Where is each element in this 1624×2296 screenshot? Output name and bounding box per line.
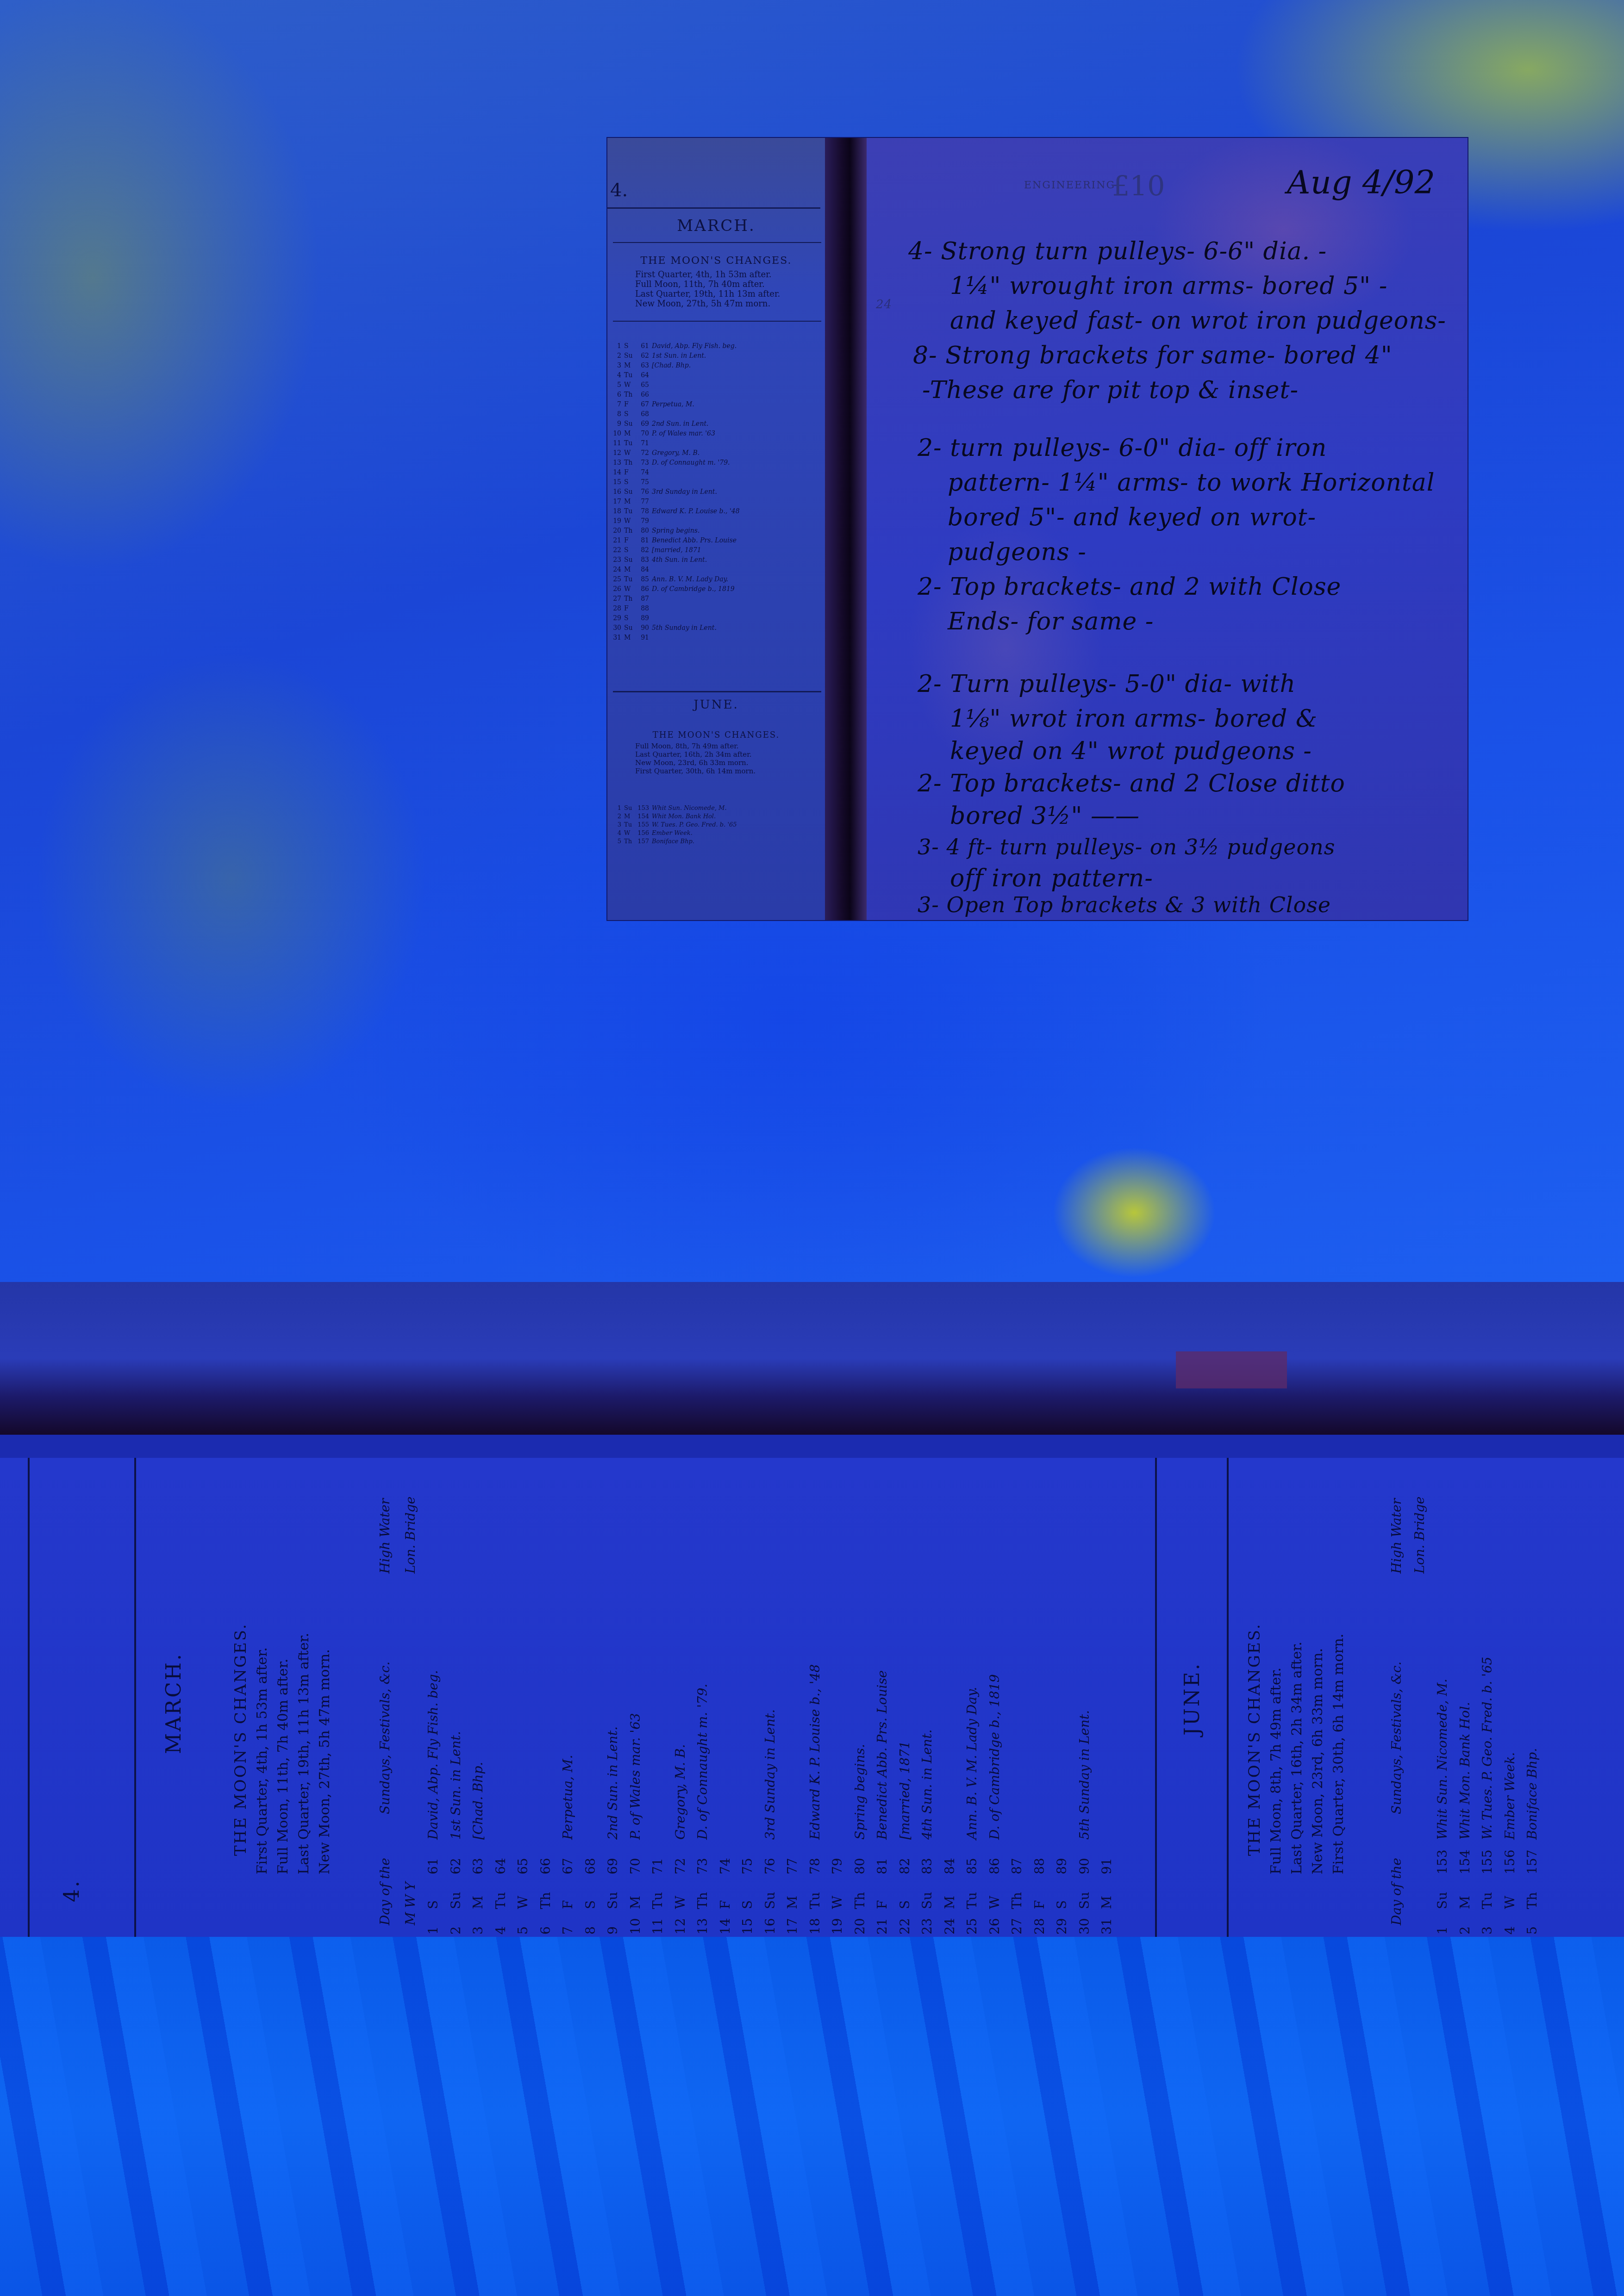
day-of-month: 23 [920,1918,935,1935]
day-of-month: 5 [516,1926,531,1935]
moon-line: First Quarter, 4th, 1h 53m after. [635,270,780,280]
day-of-month: 9 [606,1926,620,1935]
weekday: M [624,565,634,575]
weekday: Tu [624,371,634,380]
day-of-year: 84 [943,1858,957,1874]
handwritten-line: bored 5"- and keyed on wrot- [948,504,1316,531]
day-of-year: 64 [637,371,649,380]
table-row: 3M63[Chad. Bhp. [611,361,749,371]
page-number: 4. [60,1879,84,1902]
day-of-year: 63 [637,361,649,371]
day-of-month: 5 [611,380,621,390]
day-of-month: 17 [611,497,621,507]
day-of-month: 3 [1480,1926,1495,1935]
column-head-london-bridge: Lon. Bridge [403,1496,418,1574]
moon-line: New Moon, 27th, 5h 47m morn. [317,1649,333,1874]
weekday: S [740,1900,755,1909]
handwritten-notes-page: ENGINEERING £10 Aug 4/92 24 4- Strong tu… [867,138,1468,920]
festival: 1st Sun. in Lent. [652,351,749,361]
day-of-year: 155 [1480,1850,1495,1874]
day-of-year: 91 [637,633,649,643]
weekday: W [624,829,634,838]
month-title-june: JUNE. [1181,1662,1204,1736]
column-head-festivals: Sundays, Festivals, &c. [377,1661,393,1814]
table-row: 18Tu78Edward K. P. Louise b., '48 [611,507,749,516]
day-of-year: 157 [1525,1850,1540,1874]
column-head-london-bridge: Lon. Bridge [1412,1496,1427,1574]
moon-line: New Moon, 27th, 5h 47m morn. [635,299,780,309]
festival: Ann. B. V. M. Lady Day. [652,575,749,585]
moon-line: Full Moon, 11th, 7h 40m after. [635,280,780,289]
day-of-month: 18 [611,507,621,516]
day-of-month: 14 [611,468,621,478]
table-row: 20Th80Spring begins. [611,526,749,536]
moon-changes-heading: THE MOON'S CHANGES. [607,730,825,740]
weekday: Tu [965,1892,980,1909]
day-of-month: 29 [1055,1918,1069,1935]
table-row: 27Th87 [611,594,749,604]
day-of-month: 19 [611,516,621,526]
almanac-page: 4. MARCH. THE MOON'S CHANGES. First Quar… [607,138,825,920]
festival: 4th Sun. in Lent. [652,555,749,565]
day-of-year: 87 [637,594,649,604]
moon-changes-heading: THE MOON'S CHANGES. [231,1623,250,1856]
table-row: 4W156Ember Week. [611,829,749,838]
day-of-year: 75 [740,1858,755,1874]
festival: D. of Cambridge b., 1819 [987,1674,1002,1840]
day-of-year: 76 [763,1858,778,1874]
day-of-month: 16 [611,487,621,497]
table-row: 31M91 [611,633,749,643]
day-of-year: 90 [637,623,649,633]
printed-almanac-sheet: 4. MARCH. THE MOON'S CHANGES. First Quar… [0,1458,1624,1937]
day-of-year: 87 [1010,1858,1024,1874]
weekday: S [898,1900,912,1909]
weekday: S [624,546,634,555]
column-rule [1227,1458,1229,1937]
day-of-year: 72 [673,1858,688,1874]
column-head-high-water: High Water [1389,1499,1404,1574]
day-of-year: 84 [637,565,649,575]
weekday: Tu [624,439,634,448]
day-of-month: 25 [611,575,621,585]
day-of-year: 77 [785,1858,800,1874]
handwritten-line: and keyed fast- on wrot iron pudgeons- [950,307,1446,335]
day-of-month: 4 [611,829,621,838]
day-of-year: 156 [637,829,649,838]
festival [652,478,749,487]
weekday: M [624,633,634,643]
handwritten-line: 2- Top brackets- and 2 with Close [918,573,1341,601]
day-of-month: 21 [875,1918,890,1935]
weekday: Su [449,1892,463,1909]
day-of-month: 27 [611,594,621,604]
day-of-year: 61 [637,342,649,351]
table-row: 22S82[married, 1871 [611,546,749,555]
weekday: F [624,400,634,410]
weekday: Th [853,1892,868,1909]
festival: 5th Sunday in Lent. [1077,1710,1092,1840]
weekday: Th [624,594,634,604]
book-spine [825,138,867,920]
day-of-month: 31 [611,633,621,643]
day-of-year: 90 [1077,1858,1092,1874]
festival: David, Abp. Fly Fish. beg. [426,1670,441,1840]
table-row: 8S68 [611,410,749,419]
day-of-month: 6 [538,1926,553,1935]
day-of-year: 63 [471,1858,486,1874]
day-of-year: 74 [718,1858,733,1874]
moon-line: Last Quarter, 19th, 11h 13m after. [635,289,780,299]
table-row: 28F88 [611,604,749,614]
day-of-year: 72 [637,448,649,458]
day-of-month: 4 [493,1926,508,1935]
festival: [Chad. Bhp. [652,361,749,371]
day-of-year: 86 [987,1858,1002,1874]
day-of-year: 155 [637,821,649,829]
day-of-year: 67 [561,1858,575,1874]
day-of-month: 2 [449,1926,463,1935]
day-of-month: 31 [1099,1918,1114,1935]
weekday: W [516,1896,531,1909]
pencil-amount: £10 [1112,170,1165,203]
weekday: Su [1077,1892,1092,1909]
day-of-month: 26 [987,1918,1002,1935]
moon-line: Full Moon, 8th, 7h 49m after. [1268,1668,1284,1874]
day-of-year: 89 [637,614,649,623]
day-of-month: 15 [611,478,621,487]
weekday: F [624,468,634,478]
moon-line: Full Moon, 11th, 7h 40m after. [275,1659,291,1874]
festival: D. of Cambridge b., 1819 [652,585,749,594]
day-of-month: 23 [611,555,621,565]
weekday: Su [624,487,634,497]
weekday: Th [624,526,634,536]
handwritten-line: 4- Strong turn pulleys- 6-6" dia. - [908,237,1327,265]
weekday: Tu [1480,1892,1495,1909]
festival: [married, 1871 [898,1741,912,1840]
festival: 1st Sun. in Lent. [449,1731,463,1840]
weekday: F [718,1900,733,1909]
moon-line: First Quarter, 30th, 6h 14m morn. [635,767,756,775]
weekday: F [875,1900,890,1909]
day-of-year: 75 [637,478,649,487]
weekday: M [628,1896,643,1909]
weekday: S [624,410,634,419]
festival: Edward K. P. Louise b., '48 [808,1664,823,1840]
weekday: Th [624,458,634,468]
day-of-month: 4 [611,371,621,380]
festival: Boniface Bhp. [652,838,749,846]
day-of-year: 154 [1458,1850,1473,1874]
margin-number: 24 [876,298,892,311]
festival: Whit Mon. Bank Hol. [1458,1702,1473,1840]
day-of-year: 70 [628,1858,643,1874]
day-of-year: 66 [538,1858,553,1874]
handwritten-line: 2- Top brackets- and 2 Close ditto [918,770,1345,797]
month-title-march: MARCH. [162,1652,186,1754]
moon-line: Last Quarter, 16th, 2h 34m after. [635,750,756,759]
pencil-annotation: ENGINEERING [1024,180,1115,191]
day-of-month: 3 [611,821,621,829]
festival: P. of Wales mar. '63 [652,429,749,439]
festival: Whit Mon. Bank Hol. [652,813,749,821]
festival [652,633,749,643]
weekday: M [1458,1896,1473,1909]
day-of-month: 24 [943,1918,957,1935]
day-of-month: 29 [611,614,621,623]
table-row: 21F81Benedict Abb. Prs. Louise [611,536,749,546]
festival: Gregory, M. B. [673,1744,688,1840]
weekday: Su [1435,1892,1450,1909]
day-of-year: 153 [1435,1850,1450,1874]
day-of-month: 22 [898,1918,912,1935]
festival: Whit Sun. Nicomede, M. [1435,1679,1450,1840]
table-row: 26W86D. of Cambridge b., 1819 [611,585,749,594]
table-row: 14F74 [611,468,749,478]
day-of-year: 66 [637,390,649,400]
june-day-table: 1Su153Whit Sun. Nicomede, M.2M154Whit Mo… [611,804,749,846]
festival [652,371,749,380]
handwritten-line: 8- Strong brackets for same- bored 4" [913,342,1393,369]
day-of-year: 79 [637,516,649,526]
weekday: M [471,1896,486,1909]
handwritten-line: pattern- 1¼" arms- to work Horizontal [948,469,1435,497]
table-row: 15S75 [611,478,749,487]
table-row: 11Tu71 [611,439,749,448]
table-row: 24M84 [611,565,749,575]
day-of-year: 88 [1032,1858,1047,1874]
diary-photo-rotated-almanac: 4. MARCH. THE MOON'S CHANGES. First Quar… [0,1282,1624,1937]
festival [652,439,749,448]
weekday: Th [1525,1892,1540,1909]
handwritten-line: 1¼" wrought iron arms- bored 5" - [950,272,1387,300]
weekday: W [624,585,634,594]
festival: [married, 1871 [652,546,749,555]
moon-line: Last Quarter, 19th, 11h 13m after. [296,1633,312,1874]
weekday: Su [763,1892,778,1909]
day-of-year: 61 [426,1858,441,1874]
column-rule [134,1458,136,1937]
day-of-month: 10 [611,429,621,439]
day-of-month: 12 [673,1918,688,1935]
divider [613,691,821,692]
day-of-year: 81 [637,536,649,546]
weekday: W [830,1896,845,1909]
weekday: Tu [650,1892,665,1909]
day-of-month: 10 [628,1918,643,1935]
day-of-month: 26 [611,585,621,594]
day-of-month: 11 [611,439,621,448]
table-row: 23Su834th Sun. in Lent. [611,555,749,565]
festival: 2nd Sun. in Lent. [652,419,749,429]
day-of-year: 69 [637,419,649,429]
weekday: F [624,604,634,614]
weekday: S [624,478,634,487]
column-rule [1155,1458,1157,1937]
day-of-month: 11 [650,1918,665,1935]
weekday: W [1503,1896,1518,1909]
festival [652,410,749,419]
weekday: F [561,1900,575,1909]
festival: Ember Week. [1503,1752,1518,1840]
handwritten-line: Ends- for same - [948,608,1154,635]
day-of-year: 69 [606,1858,620,1874]
column-rule [28,1458,30,1937]
festival [652,380,749,390]
moon-line: Full Moon, 8th, 7h 49m after. [635,742,756,750]
day-of-month: 17 [785,1918,800,1935]
table-row: 10M70P. of Wales mar. '63 [611,429,749,439]
weekday: F [1032,1900,1047,1909]
day-of-month: 1 [611,804,621,813]
weekday: Tu [808,1892,823,1909]
table-row: 7F67Perpetua, M. [611,400,749,410]
festival: 3rd Sunday in Lent. [763,1709,778,1840]
day-of-year: 77 [637,497,649,507]
day-of-month: 25 [965,1918,980,1935]
festival: David, Abp. Fly Fish. beg. [652,342,749,351]
weekday: Tu [624,507,634,516]
day-of-month: 30 [611,623,621,633]
weekday: M [624,429,634,439]
march-day-table: 1S61David, Abp. Fly Fish. beg.2Su621st S… [611,342,749,643]
table-row: 30Su905th Sunday in Lent. [611,623,749,633]
day-of-month: 5 [1525,1926,1540,1935]
handwritten-line: 2- Turn pulleys- 5-0" dia- with [918,670,1296,698]
day-of-year: 156 [1503,1850,1518,1874]
divider [607,207,820,209]
day-of-year: 81 [875,1858,890,1874]
table-row: 2Su621st Sun. in Lent. [611,351,749,361]
festival [652,604,749,614]
festival: Perpetua, M. [652,400,749,410]
festival: Benedict Abb. Prs. Louise [652,536,749,546]
moon-changes-list: Full Moon, 8th, 7h 49m after. Last Quart… [635,742,756,775]
day-of-year: 70 [637,429,649,439]
festival: 2nd Sun. in Lent. [606,1726,620,1840]
column-head-high-water: High Water [377,1499,393,1574]
table-row: 4Tu64 [611,371,749,380]
festival: Perpetua, M. [561,1755,575,1840]
page-number: 4. [610,180,628,201]
festival: Ember Week. [652,829,749,838]
table-row: 19W79 [611,516,749,526]
day-of-month: 20 [611,526,621,536]
festival: Edward K. P. Louise b., '48 [652,507,749,516]
moon-line: Last Quarter, 16th, 2h 34m after. [1289,1642,1305,1874]
day-of-month: 8 [611,410,621,419]
day-of-year: 64 [493,1858,508,1874]
day-of-month: 5 [611,838,621,846]
day-of-year: 78 [808,1858,823,1874]
day-of-month: 21 [611,536,621,546]
weekday: Th [695,1892,710,1909]
weekday: W [624,380,634,390]
weekday: Th [624,838,634,846]
day-of-month: 30 [1077,1918,1092,1935]
handwritten-date: Aug 4/92 [1287,163,1435,201]
day-of-year: 74 [637,468,649,478]
table-row: 9Su692nd Sun. in Lent. [611,419,749,429]
divider [613,242,821,243]
day-of-year: 85 [637,575,649,585]
day-of-month: 19 [830,1918,845,1935]
weekday: Su [920,1892,935,1909]
handwritten-line: bored 3½" —— [950,802,1140,830]
festival: W. Tues. P. Geo. Fred. b. '65 [1480,1657,1495,1840]
divider [613,321,821,322]
festival: P. of Wales mar. '63 [628,1713,643,1840]
weekday: Th [538,1892,553,1909]
weekday: Th [1010,1892,1024,1909]
table-row: 12W72Gregory, M. B. [611,448,749,458]
day-of-year: 76 [637,487,649,497]
day-of-year: 88 [637,604,649,614]
day-of-month: 7 [611,400,621,410]
weekday: S [624,342,634,351]
day-of-month: 1 [1435,1926,1450,1935]
day-of-month: 13 [695,1918,710,1935]
handwritten-line: 3- Open Top brackets & 3 with Close [918,892,1331,917]
weekday: M [624,361,634,371]
day-of-month: 16 [763,1918,778,1935]
day-of-month: 18 [808,1918,823,1935]
day-of-year: 83 [637,555,649,565]
month-title-june: JUNE. [607,698,825,712]
day-of-month: 15 [740,1918,755,1935]
handwritten-line: pudgeons - [948,538,1087,566]
table-row: 13Th73D. of Connaught m. '79. [611,458,749,468]
moon-line: New Moon, 23rd, 6h 33m morn. [635,759,756,767]
moon-changes-heading: THE MOON'S CHANGES. [1245,1623,1264,1856]
handwritten-line: off iron pattern- [950,865,1153,892]
day-of-year: 62 [637,351,649,361]
day-of-year: 68 [583,1858,598,1874]
day-of-month: 28 [1032,1918,1047,1935]
day-of-month: 24 [611,565,621,575]
festival: 3rd Sunday in Lent. [652,487,749,497]
festival: Benedict Abb. Prs. Louise [875,1670,890,1840]
festival: Boniface Bhp. [1525,1748,1540,1840]
day-of-year: 73 [695,1858,710,1874]
festival: Gregory, M. B. [652,448,749,458]
festival: Ann. B. V. M. Lady Day. [965,1687,980,1840]
day-of-year: 83 [920,1858,935,1874]
day-of-year: 91 [1099,1858,1114,1874]
column-head-festivals: Sundays, Festivals, &c. [1389,1661,1404,1814]
day-of-year: 157 [637,838,649,846]
day-of-year: 79 [830,1858,845,1874]
day-of-year: 80 [637,526,649,536]
weekday: S [583,1900,598,1909]
handwritten-line: 2- turn pulleys- 6-0" dia- off iron [918,434,1327,462]
weekday: Tu [624,821,634,829]
weekday: M [943,1896,957,1909]
weekday: Su [624,419,634,429]
day-of-year: 71 [637,439,649,448]
weekday: Tu [493,1892,508,1909]
table-row: 5W65 [611,380,749,390]
weekday: Su [624,623,634,633]
weekday: M [624,813,634,821]
weekday: F [624,536,634,546]
table-row: 25Tu85Ann. B. V. M. Lady Day. [611,575,749,585]
moon-line: First Quarter, 30th, 6h 14m morn. [1331,1634,1347,1874]
handwritten-line: 1⅛" wrot iron arms- bored & [950,705,1318,733]
weekday: W [624,448,634,458]
column-head-mwy: M W Y [403,1882,418,1925]
